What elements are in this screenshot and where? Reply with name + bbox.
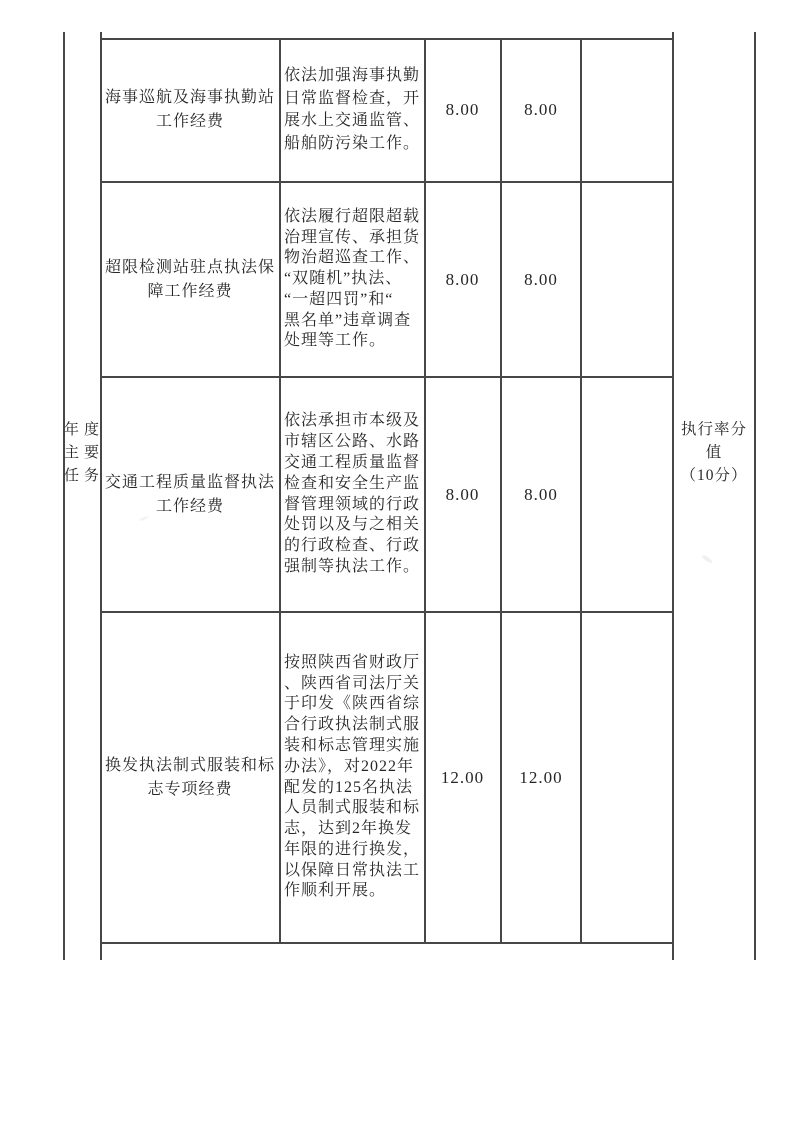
value2-cell: 8.00 — [503, 40, 579, 180]
value1-cell: 12.00 — [426, 614, 499, 941]
task-name-cell: 换发执法制式服装和标 志专项经费 — [102, 614, 278, 941]
task-name: 超限检测站驻点执法保 障工作经费 — [102, 256, 278, 304]
task-description-cell: 按照陕西省财政厅 、陕西省司法厅关 于印发《陕西省综 合行政执法制式服 装和标志… — [282, 614, 423, 941]
value2: 12.00 — [519, 768, 562, 788]
table-border-outer-left — [63, 32, 65, 960]
empty-score-cell — [583, 184, 671, 375]
table-divider-value1-value2 — [500, 38, 502, 944]
task-description: 依法加强海事执勤 日常监督检查，开 展水上交通监管、 船舶防污染工作。 — [282, 65, 420, 155]
table-divider-task-desc — [279, 38, 281, 944]
empty-score-cell — [583, 614, 671, 941]
scanned-document-page: 年度 主要 任务 执行率分 值 （10分） 海事巡航及海事执勤站 工作经费 依法… — [0, 0, 793, 1121]
empty-score-cell — [583, 40, 671, 180]
task-name: 换发执法制式服装和标 志专项经费 — [102, 754, 278, 802]
value2-cell: 12.00 — [503, 614, 579, 941]
row-divider-3 — [100, 611, 674, 613]
task-description-cell: 依法承担市本级及 市辖区公路、水路 交通工程质量监督 检查和安全生产监 督管理领… — [282, 379, 423, 610]
table-border-bottom — [100, 942, 674, 944]
value1-cell: 8.00 — [426, 40, 499, 180]
task-name-cell: 交通工程质量监督执法 工作经费 — [102, 379, 278, 610]
merged-column-header-execution-rate-score: 执行率分 值 （10分） — [675, 418, 753, 487]
task-description: 依法承担市本级及 市辖区公路、水路 交通工程质量监督 检查和安全生产监 督管理领… — [282, 411, 420, 577]
value1: 12.00 — [441, 768, 484, 788]
empty-score-cell — [583, 379, 671, 610]
task-description: 依法履行超限超载 治理宣传、承担货 物治超巡查工作、 “双随机”执法、 “一超四… — [282, 207, 420, 353]
value2: 8.00 — [524, 270, 558, 290]
value2: 8.00 — [524, 100, 558, 120]
scan-artifact — [701, 554, 713, 564]
task-name-cell: 超限检测站驻点执法保 障工作经费 — [102, 184, 278, 375]
task-description: 按照陕西省财政厅 、陕西省司法厅关 于印发《陕西省综 合行政执法制式服 装和标志… — [282, 653, 420, 903]
task-description-cell: 依法加强海事执勤 日常监督检查，开 展水上交通监管、 船舶防污染工作。 — [282, 40, 423, 180]
table-divider-value2-extra — [580, 38, 582, 944]
merged-row-header-annual-tasks: 年度 主要 任务 — [64, 419, 101, 488]
row-divider-1 — [100, 181, 674, 183]
task-name-cell: 海事巡航及海事执勤站 工作经费 — [102, 40, 278, 180]
value2: 8.00 — [524, 485, 558, 505]
value1-cell: 8.00 — [426, 379, 499, 610]
table-border-outer-right — [754, 32, 756, 960]
task-name: 交通工程质量监督执法 工作经费 — [102, 471, 278, 519]
value1: 8.00 — [446, 270, 480, 290]
value1-cell: 8.00 — [426, 184, 499, 375]
task-description-cell: 依法履行超限超载 治理宣传、承担货 物治超巡查工作、 “双随机”执法、 “一超四… — [282, 184, 423, 375]
value2-cell: 8.00 — [503, 184, 579, 375]
value2-cell: 8.00 — [503, 379, 579, 610]
task-name: 海事巡航及海事执勤站 工作经费 — [102, 86, 278, 134]
value1: 8.00 — [446, 100, 480, 120]
value1: 8.00 — [446, 485, 480, 505]
row-divider-2 — [100, 376, 674, 378]
table-border-inner-right — [672, 32, 674, 960]
